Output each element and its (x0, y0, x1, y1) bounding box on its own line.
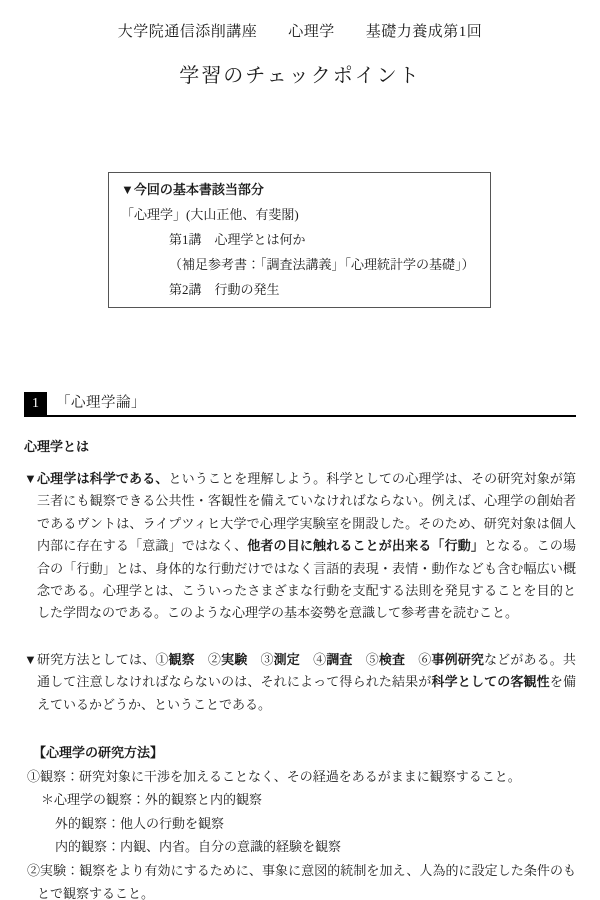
body-text: ④ (300, 652, 326, 667)
reference-item-lecture1: 第1講 心理学とは何か (121, 227, 480, 252)
section-title: 「心理学論」 (56, 391, 146, 415)
document-page: 大学院通信添削講座 心理学 基礎力養成第1回 学習のチェックポイント ▼今回の基… (0, 0, 600, 900)
method-note-external-observation: 外的観察：他人の行動を観察 (55, 812, 576, 836)
method-note-internal-observation: 内的観察：内観、内省。自分の意識的経験を観察 (55, 835, 576, 859)
body-text: ▼研究方法としては、① (24, 652, 168, 667)
reference-box-heading: ▼今回の基本書該当部分 (121, 177, 480, 202)
methods-list: 【心理学の研究方法】 ①観察：研究対象に干渉を加えることなく、その経過をあるがま… (24, 741, 576, 900)
reference-book-title: 「心理学」(大山正他、有斐閣) (121, 202, 480, 227)
body-text: ⑥ (405, 652, 431, 667)
body-text: ⑤ (353, 652, 379, 667)
bold-phrase: 調査 (326, 652, 352, 667)
bold-phrase: ▼心理学は科学である、 (24, 471, 169, 486)
bold-phrase: 他者の目に触れることが出来る「行動」 (247, 538, 484, 553)
subsection-heading: 心理学とは (24, 436, 576, 455)
course-header: 大学院通信添削講座 心理学 基礎力養成第1回 (24, 20, 576, 41)
section-1-header: 1 「心理学論」 (24, 391, 576, 417)
bold-phrase: 科学としての客観性 (431, 674, 549, 689)
reference-item-supplement: （補足参考書：「調査法講義」「心理統計学の基礎」） (121, 252, 480, 277)
method-note-observation-types: ＊心理学の観察：外的観察と内的観察 (41, 788, 576, 812)
body-text: ② (195, 652, 221, 667)
reference-box: ▼今回の基本書該当部分 「心理学」(大山正他、有斐閣) 第1講 心理学とは何か … (108, 172, 491, 308)
paragraph-research-methods: ▼研究方法としては、①観察 ②実験 ③測定 ④調査 ⑤検査 ⑥事例研究などがある… (24, 649, 576, 716)
bold-phrase: 観察 (168, 652, 194, 667)
methods-heading: 【心理学の研究方法】 (33, 741, 576, 765)
section-number-badge: 1 (24, 392, 47, 415)
method-item-observation: ①観察：研究対象に干渉を加えることなく、その経過をあるがままに観察すること。 (27, 765, 576, 789)
method-item-experiment: ②実験：観察をより有効にするために、事象に意図的統制を加え、人為的に設定した条件… (27, 859, 576, 900)
bold-phrase: 検査 (379, 652, 405, 667)
reference-item-lecture2: 第2講 行動の発生 (121, 277, 480, 302)
bold-phrase: 測定 (274, 652, 300, 667)
paragraph-psychology-is-science: ▼心理学は科学である、ということを理解しよう。科学としての心理学は、その研究対象… (24, 468, 576, 625)
bold-phrase: 事例研究 (431, 652, 484, 667)
body-text: ③ (247, 652, 273, 667)
page-title: 学習のチェックポイント (24, 59, 576, 88)
bold-phrase: 実験 (221, 652, 247, 667)
